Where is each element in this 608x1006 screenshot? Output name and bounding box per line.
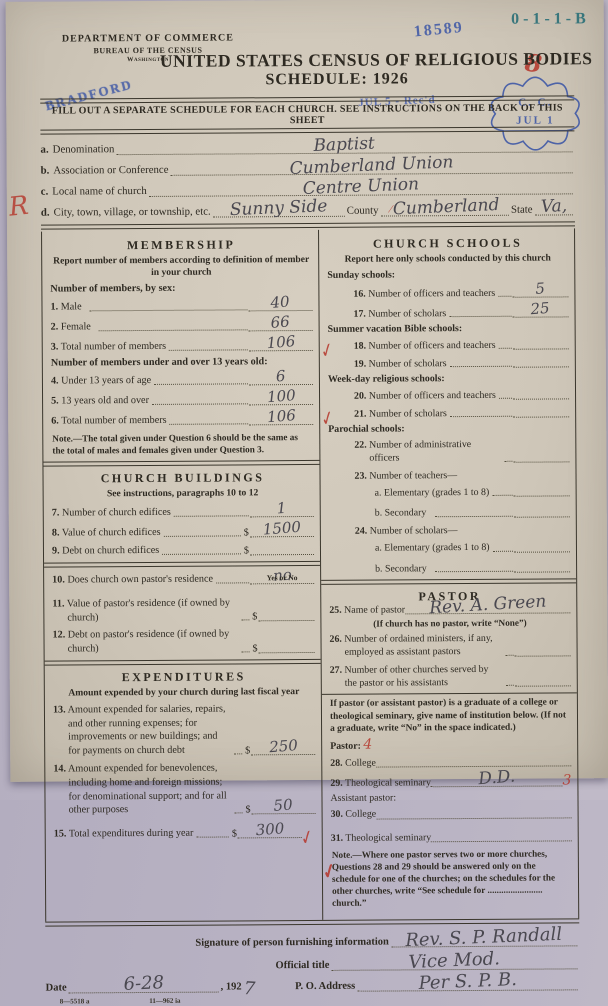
question-row-q8: 8. Value of church edifices $ 1500 xyxy=(52,523,314,541)
question-label: Debt on pastor's residence (if owned by … xyxy=(68,629,230,655)
dotted-leader xyxy=(435,571,513,572)
question-label: Number of teachers— xyxy=(369,470,457,482)
dotted-leader xyxy=(449,316,511,317)
group-title: Parochial schools: xyxy=(328,422,569,434)
question-number: 1. xyxy=(50,302,58,313)
question-number: 10. xyxy=(52,575,65,586)
question-row-q14: 14. Amount expended for benevolences, in… xyxy=(53,761,315,800)
form-subtitle: SCHEDULE: 1926 xyxy=(265,70,408,88)
membership-heading: MEMBERSHIP xyxy=(50,237,312,254)
instruction-bar-text: FILL OUT A SEPARATE SCHEDULE FOR EACH CH… xyxy=(40,100,574,129)
question-row-q6: 6. Total number of members 106 xyxy=(51,411,313,429)
sub-question-label: a. Elementary (grades 1 to 8) xyxy=(375,541,490,555)
question-number: 25. xyxy=(329,604,341,615)
question-label: 13 years old and over xyxy=(61,395,149,407)
question-number: 19. xyxy=(354,358,366,369)
county-value-handwritten: Cumberland xyxy=(393,200,500,216)
question-row-q11: 11. Value of pastor's residence (if owne… xyxy=(52,596,314,625)
state-value-handwritten: Va, xyxy=(540,201,567,214)
field-line: Sunny Side xyxy=(213,203,345,218)
field-value-handwritten: Baptist xyxy=(314,139,376,153)
answer-handwritten: 1500 xyxy=(262,522,301,535)
question-row-q16: 16. Number of officers and teachers 5 xyxy=(353,283,568,300)
answer-line-q20 xyxy=(513,387,569,399)
answer-handwritten: 66 xyxy=(271,316,291,328)
question-label: Number of ordained ministers, if any, em… xyxy=(344,633,492,658)
answer-line-q2: 66 xyxy=(249,317,313,331)
question-label: Number of scholars xyxy=(369,358,447,369)
answer-handwritten: 100 xyxy=(266,390,295,403)
question-number: 16. xyxy=(353,288,365,299)
field-value-handwritten: Cumberland Union xyxy=(289,157,453,176)
field-letter: b. xyxy=(41,165,50,177)
field-line: ⁄Cumberland xyxy=(380,202,508,217)
field-letter: a. xyxy=(40,144,48,156)
question-row-q9: 9. Debt on church edifices $ xyxy=(52,543,314,559)
dotted-leader xyxy=(493,550,513,551)
question-label: Number of officers and teachers xyxy=(369,339,496,351)
field-value-handwritten: Centre Union xyxy=(302,179,419,196)
form-body-columns: MEMBERSHIP Report number of members acco… xyxy=(41,228,579,800)
question-row-q19: 19. Number of scholars xyxy=(354,355,569,370)
question-row-q23: 23. Number of teachers— xyxy=(354,468,569,483)
answer-line-q26 xyxy=(515,644,571,656)
question-label: Amount expended for salaries, repairs, a… xyxy=(68,703,226,756)
agency-city: Washington xyxy=(62,55,234,64)
field-line: Cumberland Union xyxy=(170,159,572,175)
seminary-handwritten: D.D. xyxy=(478,772,516,787)
answer-line-q10: no Yes or No xyxy=(250,570,314,584)
question-row-q13: 13. Amount expended for salaries, repair… xyxy=(53,702,315,759)
question-label: Debt on church edifices xyxy=(62,545,159,557)
answer-line-q13: 250 xyxy=(251,741,315,755)
pastor-name-handwritten: Rev. A. Green xyxy=(429,596,547,615)
assistant-pastor-label: Assistant pastor: xyxy=(330,792,571,800)
red-seminary-mark: 3 xyxy=(562,773,571,789)
question-number: 17. xyxy=(354,308,366,319)
question-number: 20. xyxy=(354,390,366,401)
answer-handwritten: 106 xyxy=(266,336,295,349)
answer-line-q11 xyxy=(258,609,314,621)
dotted-leader xyxy=(450,366,512,367)
dotted-leader xyxy=(234,753,242,754)
no-pastor-hint: (If church has no pastor, write “None”) xyxy=(329,617,570,628)
answer-handwritten: 106 xyxy=(266,410,295,423)
question-number: 12. xyxy=(52,630,65,641)
question-label: Total number of members xyxy=(61,341,166,353)
answer-line-q28 xyxy=(376,766,571,768)
answer-line-q1: 40 xyxy=(248,297,312,311)
dollar-sign: $ xyxy=(245,745,250,756)
membership-subheading: Report number of members according to de… xyxy=(52,254,310,280)
group-title: Summer vacation Bible schools: xyxy=(328,322,569,334)
answer-handwritten: 250 xyxy=(268,740,297,753)
county-label: County xyxy=(347,205,379,217)
answer-line-q17: 25 xyxy=(512,303,568,317)
pastor-label: Pastor: xyxy=(330,741,361,752)
dollar-sign: $ xyxy=(252,612,257,623)
answer-line-q18 xyxy=(513,337,569,349)
field-label: Local name of church xyxy=(52,185,147,198)
question-row-q1: 1. Male 40 xyxy=(50,297,312,315)
dotted-leader xyxy=(174,515,249,516)
identity-fields: a. Denomination Baptist b. Association o… xyxy=(40,138,574,218)
dotted-leader xyxy=(241,620,249,621)
expenditures-heading: EXPENDITURES xyxy=(53,669,315,686)
answer-line-q24b xyxy=(514,571,570,572)
answer-handwritten: 5 xyxy=(535,283,545,294)
field-location: d. City, town, village, or township, etc… xyxy=(41,201,575,218)
question-number: 3. xyxy=(51,342,59,353)
expenditures-subheading: Amount expended by your church during la… xyxy=(55,686,313,700)
question-row-q2: 2. Female 66 xyxy=(51,317,313,335)
dollar-sign: $ xyxy=(252,643,257,654)
dotted-leader xyxy=(499,348,512,349)
red-check-mark: ✓ xyxy=(321,351,334,354)
answer-line-q3: 106 xyxy=(249,337,313,351)
sub-question-label: b. Secondary xyxy=(375,562,432,576)
question-number: 9. xyxy=(52,546,60,557)
question-row-q3: 3. Total number of members 106 xyxy=(51,337,313,355)
answer-line-q4: 6 xyxy=(249,371,313,385)
sub-question-row-q23b: b. Secondary xyxy=(375,506,570,521)
answer-line-q7: 1 xyxy=(250,503,314,517)
question-number: 2. xyxy=(51,322,59,333)
section-divider xyxy=(321,578,576,585)
question-label: Female xyxy=(61,322,91,333)
answer-line-q23a xyxy=(514,496,570,497)
answer-line-q21 xyxy=(513,405,569,417)
answer-line-q9 xyxy=(250,543,314,555)
red-check-mark: ✓ xyxy=(322,419,335,422)
right-column: CHURCH SCHOOLS Report here only schools … xyxy=(318,228,578,800)
question-label: Theological seminary xyxy=(345,777,431,789)
question-row-q28: 28. College xyxy=(330,755,571,770)
dotted-leader xyxy=(492,495,512,496)
question-label: Number of officers and teachers xyxy=(369,389,496,401)
question-number: 18. xyxy=(354,340,366,351)
question-label: Value of church edifices xyxy=(62,527,161,539)
question-number: 7. xyxy=(52,508,60,519)
dotted-leader xyxy=(170,423,249,424)
answer-line-q8: 1500 xyxy=(250,523,314,537)
answer-handwritten: 40 xyxy=(271,296,291,308)
section-divider xyxy=(45,659,321,666)
dotted-leader xyxy=(498,296,511,297)
group-title: Number of members under and over 13 year… xyxy=(51,356,313,369)
question-row-q24: 24. Number of scholars— xyxy=(355,523,570,538)
sub-question-row-q24b: b. Secondary xyxy=(375,561,570,576)
answer-line-q24a xyxy=(514,551,570,552)
question-number: 14. xyxy=(53,763,66,774)
field-association: b. Association or Conference Cumberland … xyxy=(41,159,575,176)
question-number: 4. xyxy=(51,376,59,387)
question-row-q4: 4. Under 13 years of age 6 xyxy=(51,371,313,389)
dotted-leader xyxy=(99,329,248,331)
red-pastor-mark: 4 xyxy=(363,737,372,753)
agency-block: DEPARTMENT OF COMMERCE BUREAU OF THE CEN… xyxy=(62,32,234,64)
sub-question-row-q23a: a. Elementary (grades 1 to 8) xyxy=(375,485,570,500)
question-number: 27. xyxy=(330,664,342,675)
field-denomination: a. Denomination Baptist xyxy=(40,138,574,155)
field-label: City, town, village, or township, etc. xyxy=(54,206,211,219)
answer-line-q29: D.D. xyxy=(431,773,563,788)
city-value-handwritten: Sunny Side xyxy=(230,201,328,217)
membership-note: Note.—The total given under Question 6 s… xyxy=(52,432,312,457)
census-form-page: 0-1-1-B 18589 8 BRADFORD JUL 5 - Rec'd R… xyxy=(6,0,608,782)
red-tick-mark: ⁄ xyxy=(390,203,392,215)
question-label: Number of scholars xyxy=(368,308,446,319)
question-number: 11. xyxy=(52,598,64,609)
question-label: Under 13 years of age xyxy=(61,375,151,387)
question-label: Value of pastor's residence (if owned by… xyxy=(67,597,230,623)
question-number: 22. xyxy=(354,440,366,451)
answer-line-q22 xyxy=(513,450,569,462)
question-row-q27: 27. Number of other churches served by t… xyxy=(330,662,571,690)
dollar-sign: $ xyxy=(244,527,249,538)
question-label: Number of officers and teachers xyxy=(368,287,495,299)
question-row-q20: 20. Number of officers and teachers xyxy=(354,387,569,402)
field-line: Va, xyxy=(534,201,572,215)
dollar-sign: $ xyxy=(244,545,249,556)
question-label: Number of scholars xyxy=(369,408,447,419)
question-number: 5. xyxy=(51,396,59,407)
section-divider xyxy=(43,460,319,467)
dotted-leader xyxy=(216,582,249,583)
question-row-q22: 22. Number of administrative officers xyxy=(354,437,569,465)
field-label: Association or Conference xyxy=(53,164,168,177)
question-label: Amount expended for benevolences, includ… xyxy=(68,763,227,800)
answer-line-q25: Rev. A. Green xyxy=(405,599,570,614)
buildings-subheading: See instructions, paragraphs 10 to 12 xyxy=(54,487,312,501)
sub-question-label: a. Elementary (grades 1 to 8) xyxy=(375,486,490,500)
dotted-leader xyxy=(169,349,248,350)
question-row-q5: 5. 13 years old and over 100 xyxy=(51,391,313,409)
dotted-leader xyxy=(499,398,512,399)
field-letter: d. xyxy=(41,207,50,219)
dotted-leader xyxy=(434,516,512,517)
dotted-leader xyxy=(154,383,248,385)
field-line: Baptist xyxy=(116,138,572,155)
instruction-bar: FILL OUT A SEPARATE SCHEDULE FOR EACH CH… xyxy=(40,95,574,134)
state-label: State xyxy=(511,204,533,216)
question-label: Number of church edifices xyxy=(62,507,171,519)
question-row-q26: 26. Number of ordained ministers, if any… xyxy=(329,631,570,659)
dotted-leader xyxy=(164,535,241,536)
group-title: Sunday schools: xyxy=(327,268,568,280)
question-number: 23. xyxy=(354,470,366,481)
question-number: 26. xyxy=(329,634,341,645)
answer-line-q12 xyxy=(259,641,315,653)
answer-line-q16: 5 xyxy=(512,283,568,297)
schools-subheading: Report here only schools conducted by th… xyxy=(329,252,566,265)
sub-question-row-q24a: a. Elementary (grades 1 to 8) xyxy=(375,541,570,556)
question-row-q25: 25. Name of pastor Rev. A. Green xyxy=(329,599,570,616)
answer-line-q19 xyxy=(513,355,569,367)
dotted-leader xyxy=(162,553,241,554)
question-row-q18: ✓ 18. Number of officers and teachers xyxy=(354,337,569,352)
question-row-q21: ✓ 21. Number of scholars xyxy=(354,405,569,420)
left-column: MEMBERSHIP Report number of members acco… xyxy=(42,230,322,800)
question-number: 21. xyxy=(354,408,366,419)
field-line: Centre Union xyxy=(149,180,573,197)
question-row-q17: 17. Number of scholars 25 xyxy=(353,303,568,320)
dotted-leader xyxy=(89,309,247,311)
answer-handwritten: 1 xyxy=(277,503,287,514)
yes-or-no-hint: Yes or No xyxy=(250,573,314,582)
question-number: 24. xyxy=(355,525,367,536)
dotted-leader xyxy=(152,403,248,405)
answer-line-q6: 106 xyxy=(249,411,313,425)
dotted-leader xyxy=(506,654,514,655)
department-name: DEPARTMENT OF COMMERCE xyxy=(62,32,234,46)
question-label: Number of scholars— xyxy=(370,525,458,537)
answer-handwritten: 25 xyxy=(531,303,551,315)
buildings-heading: CHURCH BUILDINGS xyxy=(51,470,313,487)
sub-question-label: b. Secondary xyxy=(375,507,432,521)
question-label: Does church own pastor's residence xyxy=(67,574,213,586)
question-row-q12: 12. Debt on pastor's residence (if owned… xyxy=(52,627,314,656)
question-number: 6. xyxy=(51,416,59,427)
dotted-leader xyxy=(506,685,514,686)
question-row-q10: 10. Does church own pastor's residence n… xyxy=(52,570,314,588)
question-number: 29. xyxy=(330,778,342,789)
section-divider xyxy=(322,693,577,696)
question-number: 28. xyxy=(330,758,342,769)
question-label: Total number of members xyxy=(61,415,166,427)
dotted-leader xyxy=(504,460,512,461)
answer-line-q5: 100 xyxy=(249,391,313,405)
question-row-q29: 29. Theological seminary D.D. 3 xyxy=(330,773,571,790)
dotted-leader xyxy=(242,651,250,652)
schools-heading: CHURCH SCHOOLS xyxy=(327,235,568,251)
dotted-leader xyxy=(450,416,512,417)
question-row-q7: 7. Number of church edifices 1 xyxy=(52,503,314,521)
answer-line-q27 xyxy=(515,675,571,687)
group-title: Week-day religious schools: xyxy=(328,372,569,384)
field-label: Denomination xyxy=(53,143,115,155)
question-label: Number of other churches served by the p… xyxy=(344,663,488,688)
question-number: 13. xyxy=(53,704,66,715)
answer-handwritten: 6 xyxy=(276,371,286,382)
graduate-instructions: If pastor (or assistant pastor) is a gra… xyxy=(330,697,571,735)
question-label: Name of pastor xyxy=(344,604,405,615)
question-label: Male xyxy=(61,302,82,313)
question-label: College xyxy=(345,758,376,769)
field-letter: c. xyxy=(41,186,49,198)
answer-line-q23b xyxy=(514,516,570,517)
question-label: Number of administrative officers xyxy=(369,439,471,464)
question-number: 8. xyxy=(52,528,60,539)
pastor-subsection-label: Pastor: 4 xyxy=(330,735,571,752)
